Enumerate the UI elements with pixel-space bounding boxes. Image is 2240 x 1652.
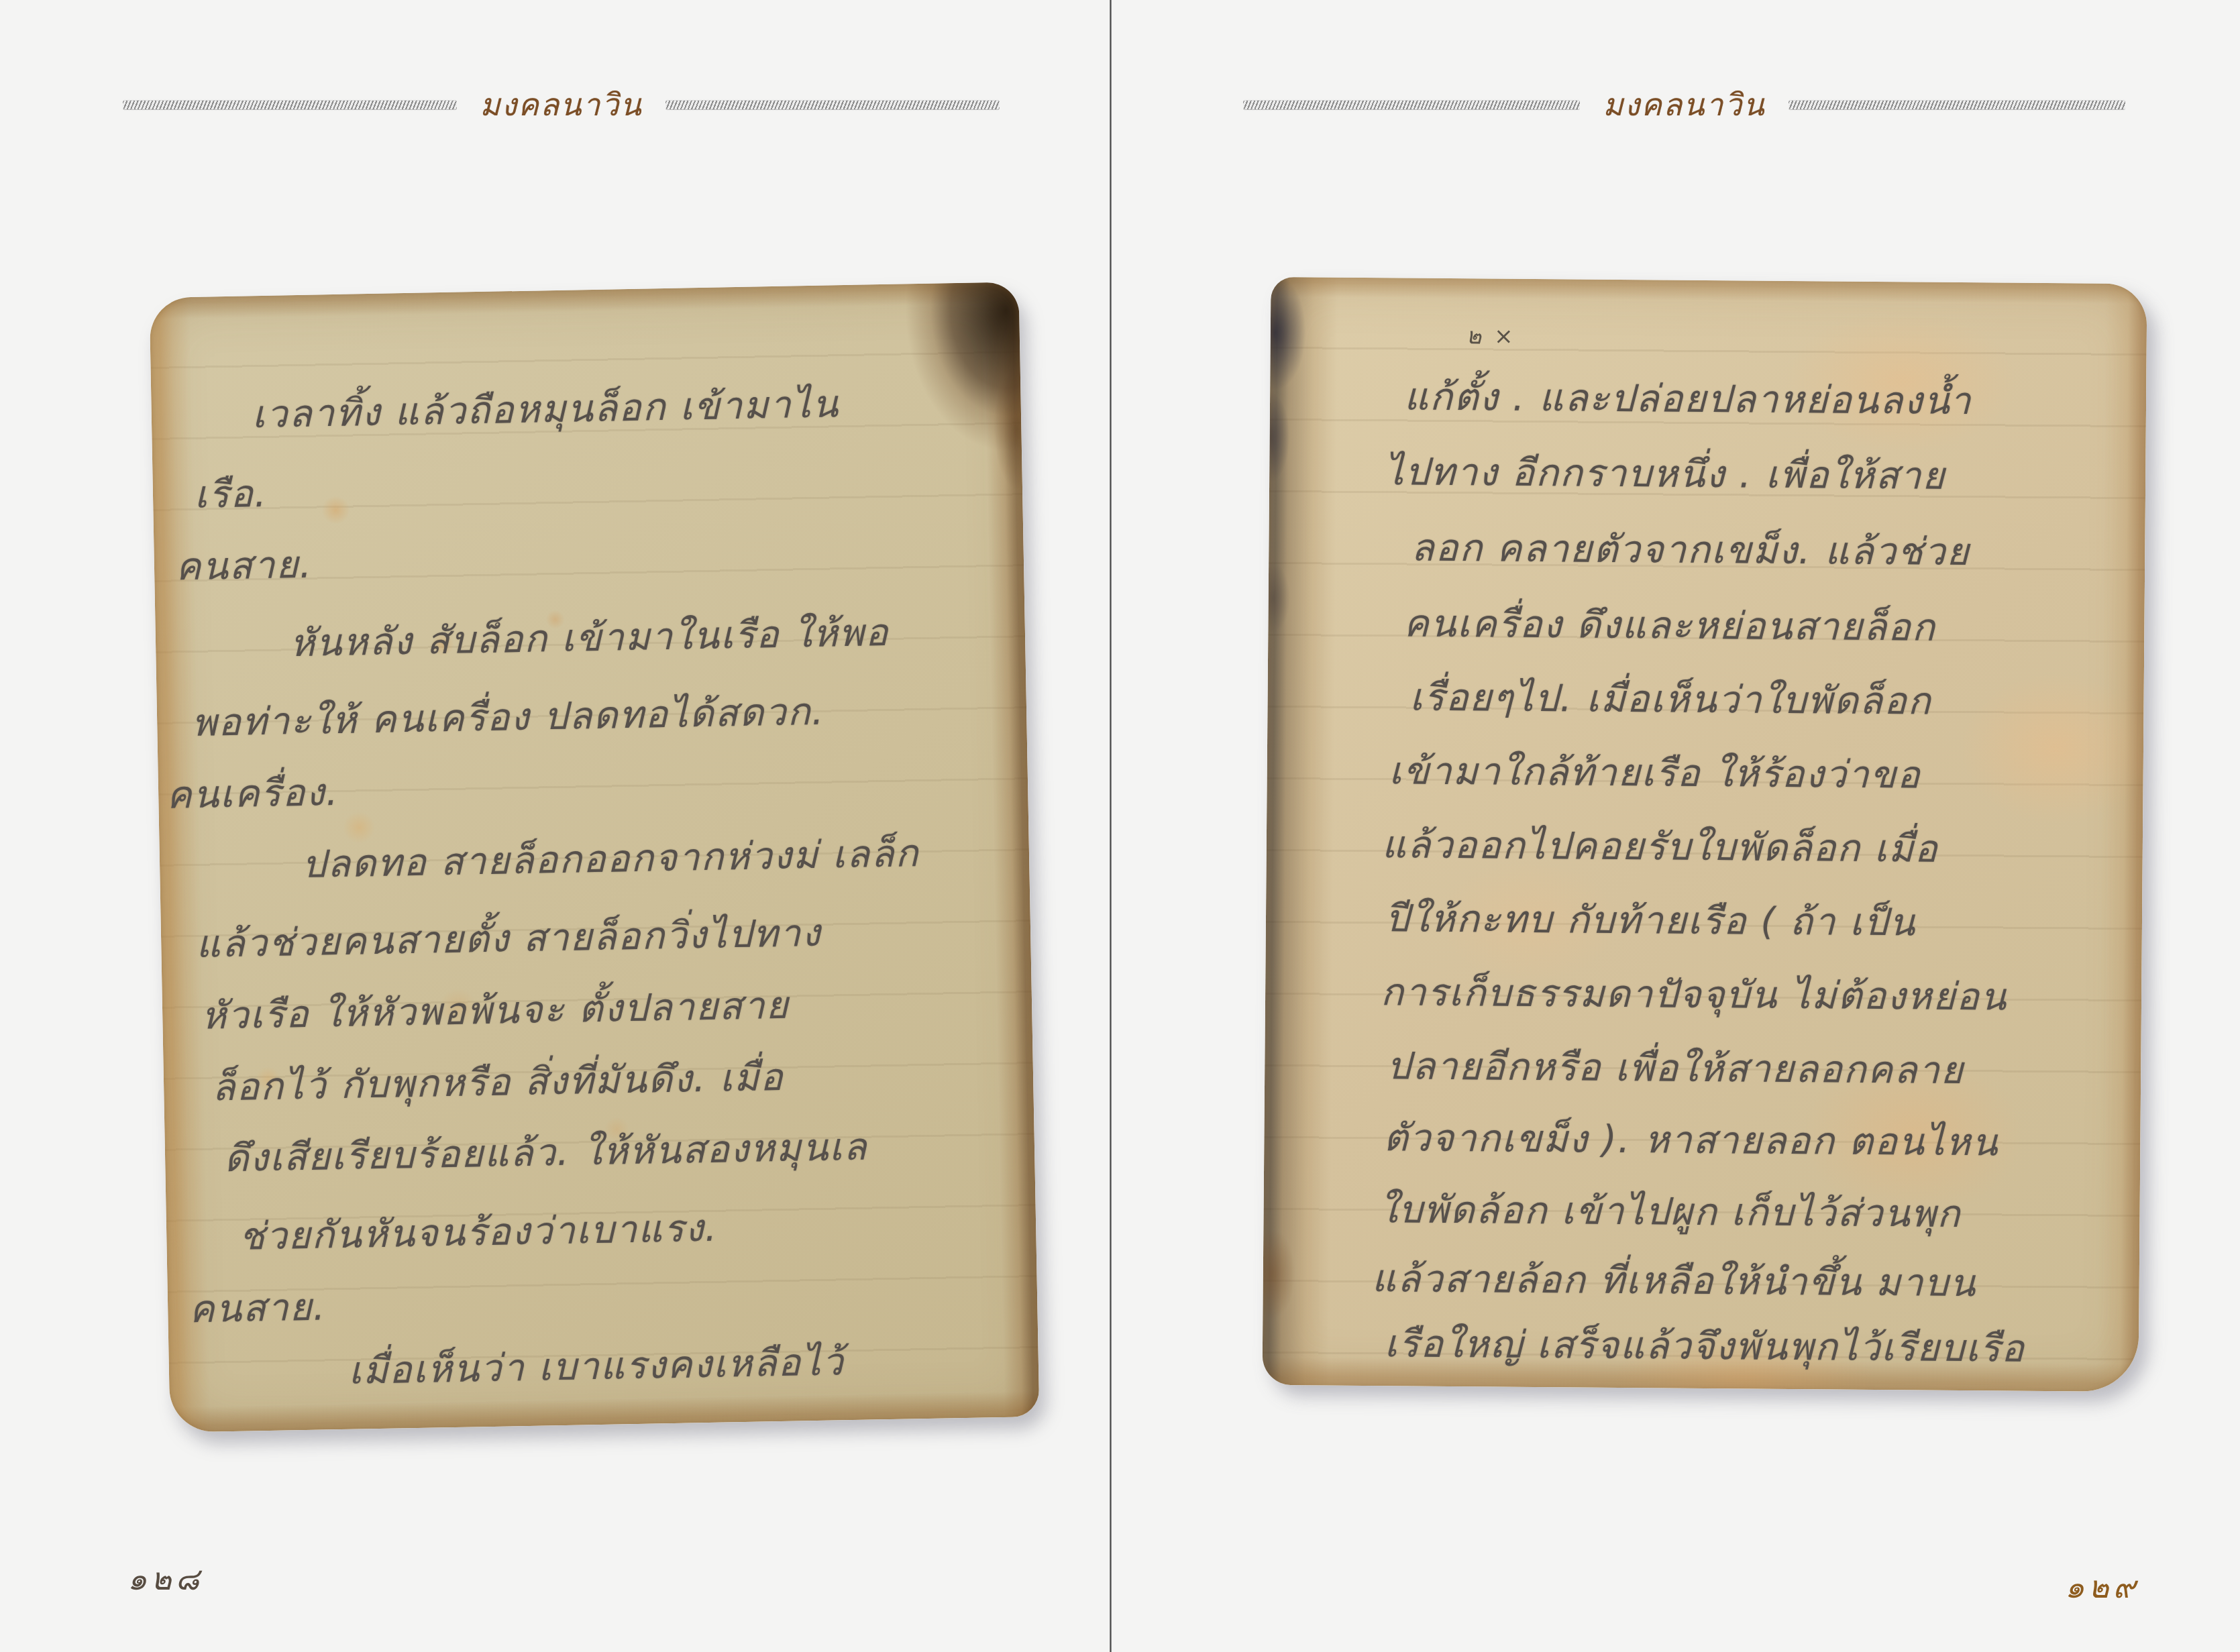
page-gutter-divider	[1110, 0, 1112, 1652]
rope-rule-icon	[123, 101, 457, 109]
handwriting-line: หันหลัง สับล็อก เข้ามาในเรือ ให้พอ	[290, 614, 890, 663]
handwriting-line: แล้วสายล้อก ที่เหลือให้นำขึ้น มาบน	[1372, 1260, 1977, 1303]
handwriting-line: เวลาทิ้ง แล้วถือหมุนล็อก เข้ามาไน	[252, 386, 839, 434]
handwriting-line: เรือใหญ่ เสร็จแล้วจึงพันพุกไว้เรียบเรือ	[1385, 1325, 2025, 1368]
handwriting-line: พอท่าะให้ คนเครื่อง ปลดทอได้สดวก.	[192, 694, 825, 742]
rope-rule-icon	[665, 101, 1000, 109]
running-header-left: มงคลนาวิน	[123, 85, 1000, 125]
page-number-right: ๑๒๙	[2065, 1563, 2139, 1612]
handwriting-line: แก้ตั้ง . และปล่อยปลาหย่อนลงน้ำ	[1404, 378, 1972, 421]
notebook-photo-left: เวลาทิ้ง แล้วถือหมุนล็อก เข้ามาไน เรือ. …	[150, 282, 1040, 1432]
running-header-title: มงคลนาวิน	[480, 80, 642, 129]
handwriting-line: หัวเรือ ให้หัวพอพ้นจะ ตั้งปลายสาย	[201, 987, 790, 1036]
page-number-left: ๑๒๘	[127, 1555, 203, 1604]
running-header-title: มงคลนาวิน	[1603, 80, 1765, 129]
handwriting-line: เข้ามาใกล้ท้ายเรือ ให้ร้องว่าขอ	[1389, 753, 1921, 794]
rope-rule-icon	[1789, 101, 2125, 109]
handwriting-line: ปลายอีกหรือ เพื่อให้สายลอกคลาย	[1387, 1048, 1964, 1090]
handwriting-line: การเก็บธรรมดาปัจจุบัน ไม่ต้องหย่อน	[1381, 974, 2007, 1016]
handwriting-line: ล็อกไว้ กับพุกหรือ สิ่งที่มันดึง. เมื่อ	[212, 1059, 784, 1107]
handwriting-line: แล้วช่วยคนสายตั้ง สายล็อกวิ่งไปทาง	[196, 915, 822, 964]
handwriting-line: ใบพัดล้อก เข้าไปผูก เก็บไว้ส่วนพุก	[1379, 1191, 1961, 1233]
handwriting-line: เรื่อยๆไป. เมื่อเห็นว่าใบพัดล็อก	[1409, 679, 1931, 721]
handwriting-line: เมื่อเห็นว่า เบาแรงคงเหลือไว้	[348, 1343, 845, 1390]
handwriting-line: คนสาย.	[175, 547, 313, 587]
rope-rule-icon	[1243, 101, 1580, 109]
handwriting-line: ปลดทอ สายล็อกออกจากห่วงม่ เลล็ก	[302, 835, 920, 884]
running-header-right: มงคลนาวิน	[1243, 85, 2125, 125]
handwriting-line: คนเครื่อง ดึงและหย่อนสายล็อก	[1403, 605, 1936, 647]
handwriting-line: ช่วยกันหันจนร้องว่าเบาแรง.	[239, 1210, 718, 1256]
handwriting-line: แล้วออกไปคอยรับใบพัดล็อก เมื่อ	[1382, 826, 1939, 869]
margin-note: ๒ ×	[1466, 317, 1516, 354]
handwriting-line: ไปทาง อีกกราบหนึ่ง . เพื่อให้สาย	[1385, 453, 1945, 496]
handwriting-line: ตัวจากเขม็ง ). หาสายลอก ตอนไหน	[1383, 1119, 1998, 1162]
handwriting-line: คนเครื่อง.	[166, 774, 339, 815]
notebook-photo-right: ๒ × แก้ตั้ง . และปล่อยปลาหย่อนลงน้ำ ไปทา…	[1263, 277, 2147, 1392]
handwriting-line: เรือ.	[195, 476, 268, 514]
handwriting-line: คนสาย.	[189, 1288, 327, 1329]
handwriting-line: ดึงเสียเรียบร้อยแล้ว. ให้หันสองหมุนเล	[224, 1129, 868, 1178]
handwriting-line: ลอก คลายตัวจากเขม็ง. แล้วช่วย	[1411, 530, 1970, 572]
handwriting-line: ปีให้กะทบ กับท้ายเรือ ( ถ้า เป็น	[1385, 900, 1917, 942]
